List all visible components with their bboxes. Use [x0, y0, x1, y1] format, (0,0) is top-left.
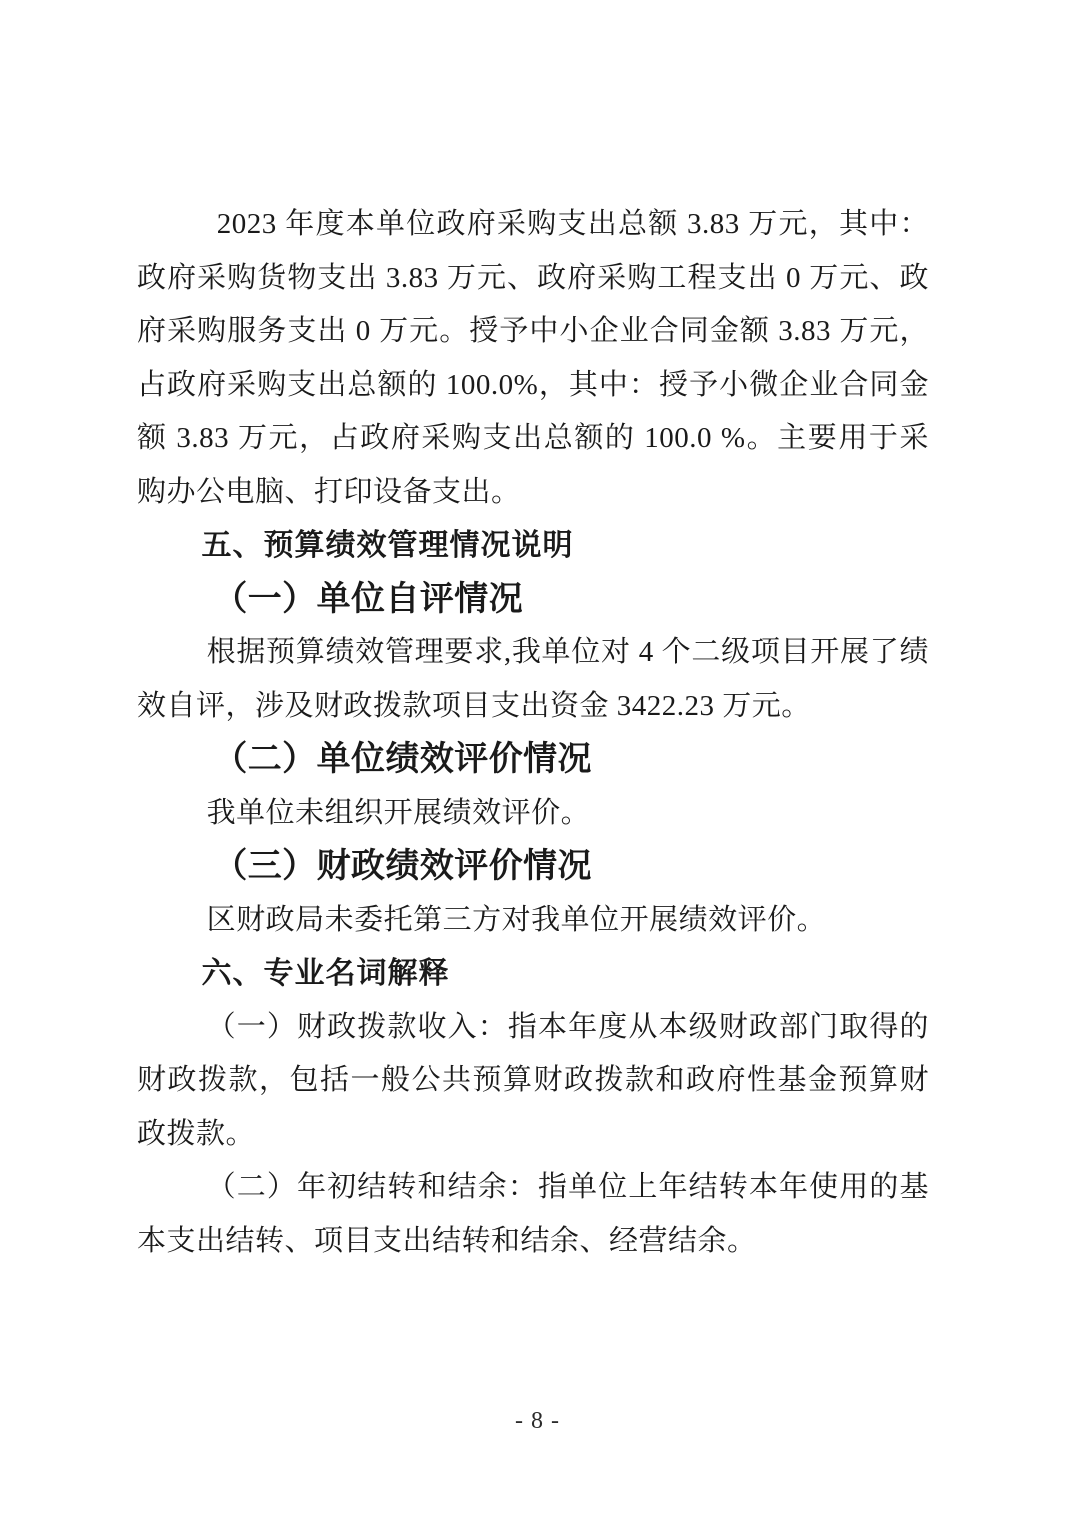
definition-fiscal-appropriation-income: （一）财政拨款收入：指本年度从本级财政部门取得的财政拨款，包括一般公共预算财政拨… — [137, 1001, 929, 1162]
definition-carryover-and-surplus: （二）年初结转和结余：指单位上年结转本年使用的基本支出结转、项目支出结转和结余、… — [137, 1161, 929, 1268]
definition-term: （二）年初结转和结余： — [207, 1171, 538, 1203]
document-page: 2023 年度本单位政府采购支出总额 3.83 万元，其中：政府采购货物支出 3… — [0, 0, 1075, 1520]
subsection-heading-self-evaluation: （一）单位自评情况 — [137, 573, 929, 627]
definition-term: （一）财政拨款收入： — [207, 1011, 508, 1043]
procurement-expenditure-paragraph: 2023 年度本单位政府采购支出总额 3.83 万元，其中：政府采购货物支出 3… — [137, 198, 929, 519]
section-heading-terminology: 六、专业名词解释 — [137, 947, 929, 1001]
document-body: 2023 年度本单位政府采购支出总额 3.83 万元，其中：政府采购货物支出 3… — [137, 198, 929, 1268]
self-evaluation-paragraph: 根据预算绩效管理要求,我单位对 4 个二级项目开展了绩效自评，涉及财政拨款项目支… — [137, 626, 929, 733]
section-heading-budget-performance: 五、预算绩效管理情况说明 — [137, 519, 929, 573]
subsection-heading-unit-performance-evaluation: （二）单位绩效评价情况 — [137, 733, 929, 787]
page-number: - 8 - — [0, 1406, 1075, 1436]
subsection-heading-fiscal-performance-evaluation: （三）财政绩效评价情况 — [137, 840, 929, 894]
unit-performance-evaluation-paragraph: 我单位未组织开展绩效评价。 — [137, 787, 929, 841]
fiscal-performance-evaluation-paragraph: 区财政局未委托第三方对我单位开展绩效评价。 — [137, 894, 929, 948]
